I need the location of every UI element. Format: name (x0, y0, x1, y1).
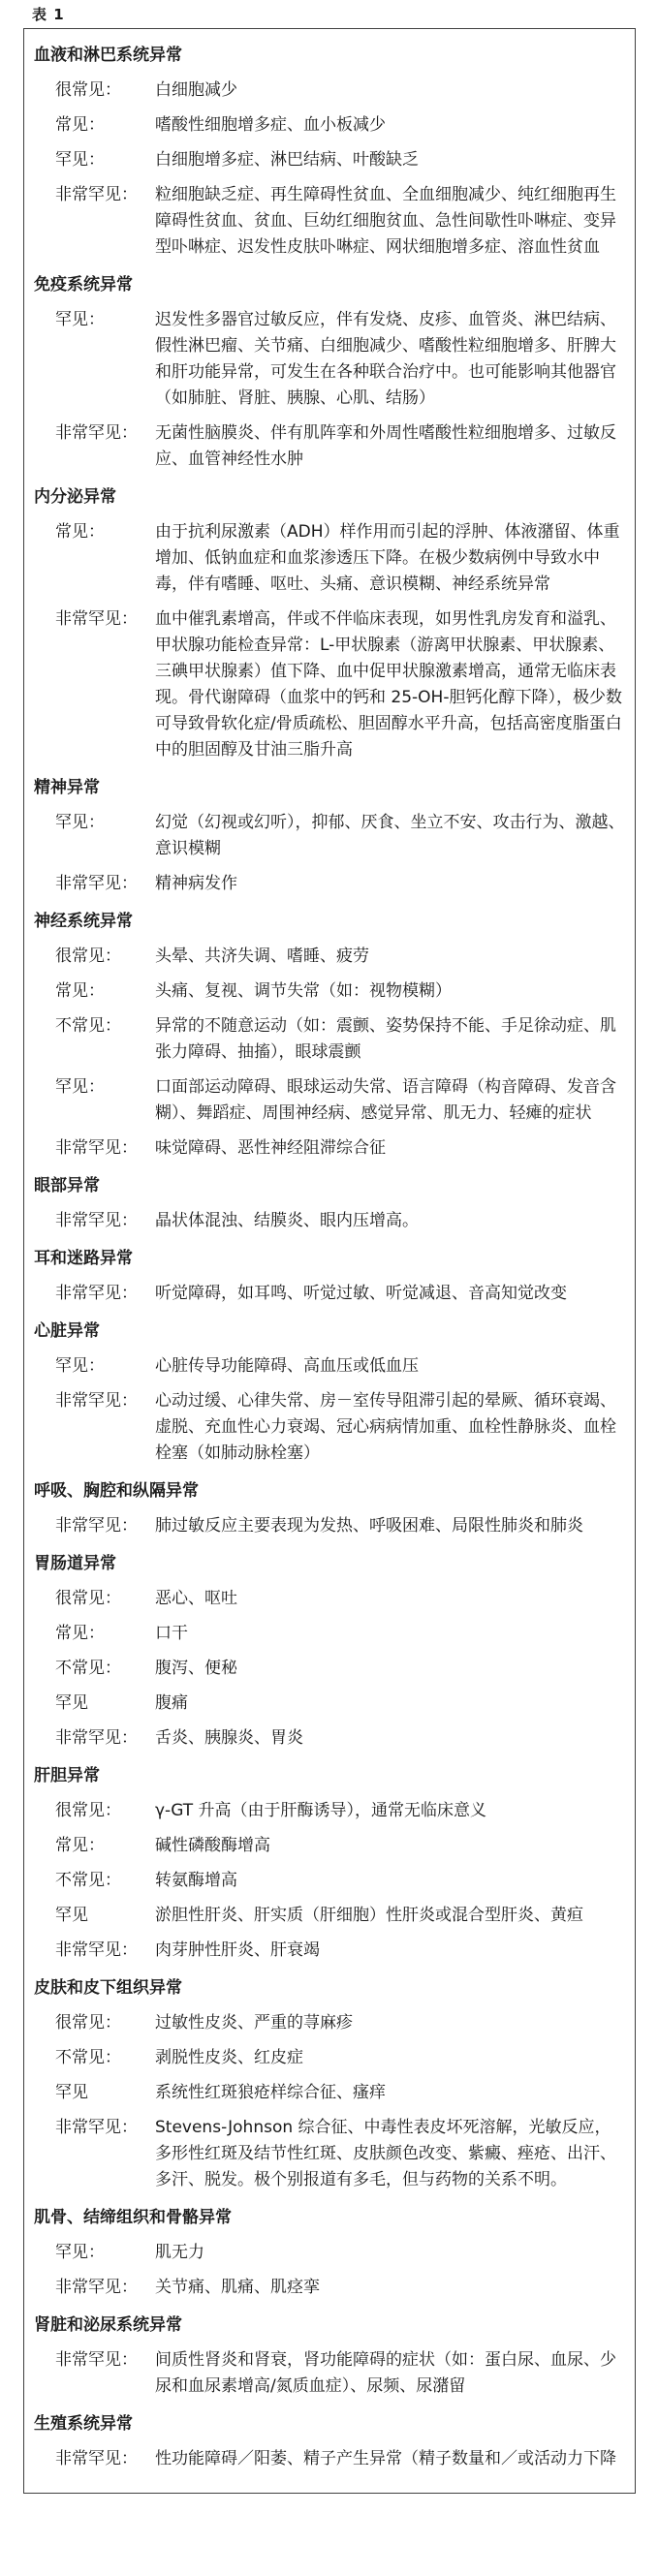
frequency-label: 非常罕见： (55, 1725, 155, 1752)
system-organ-section: 胃肠道异常很常见：恶心、呕吐常见：口干不常见：腹泻、便秘罕见腹痛非常罕见：舌炎、… (24, 1551, 635, 1752)
frequency-row: 常见：口干 (24, 1621, 635, 1647)
frequency-row: 非常罕见：精神病发作 (24, 871, 635, 897)
section-heading: 肝胆异常 (24, 1763, 635, 1789)
section-heading: 精神异常 (24, 775, 635, 801)
frequency-row: 罕见：白细胞增多症、淋巴结病、叶酸缺乏 (24, 147, 635, 173)
system-organ-section: 免疫系统异常罕见：迟发性多器官过敏反应，伴有发烧、皮疹、血管炎、淋巴结病、假性淋… (24, 272, 635, 473)
frequency-label: 不常见： (55, 1656, 155, 1682)
frequency-label: 非常罕见： (55, 606, 155, 633)
frequency-row: 不常见：剥脱性皮炎、红皮症 (24, 2045, 635, 2071)
system-organ-section: 肌骨、结缔组织和骨骼异常罕见：肌无力非常罕见：关节痛、肌痛、肌痉挛 (24, 2205, 635, 2301)
frequency-label: 非常罕见： (55, 1135, 155, 1162)
reaction-description: 心脏传导功能障碍、高血压或低血压 (155, 1353, 627, 1380)
frequency-label: 非常罕见： (55, 871, 155, 897)
frequency-row: 非常罕见：肉芽肿性肝炎、肝衰竭 (24, 1938, 635, 1964)
frequency-label: 非常罕见： (55, 1513, 155, 1539)
reaction-description: 肉芽肿性肝炎、肝衰竭 (155, 1938, 627, 1964)
frequency-row: 非常罕见：舌炎、胰腺炎、胃炎 (24, 1725, 635, 1752)
frequency-label: 罕见 (55, 1903, 155, 1929)
reaction-description: 迟发性多器官过敏反应，伴有发烧、皮疹、血管炎、淋巴结病、假性淋巴瘤、关节痛、白细… (155, 307, 627, 412)
frequency-label: 很常见： (55, 944, 155, 970)
frequency-row: 非常罕见：性功能障碍／阳萎、精子产生异常（精子数量和／或活动力下降 (24, 2446, 635, 2472)
frequency-row: 不常见：腹泻、便秘 (24, 1656, 635, 1682)
frequency-row: 非常罕见：晶状体混浊、结膜炎、眼内压增高。 (24, 1208, 635, 1234)
reaction-description: 肺过敏反应主要表现为发热、呼吸困难、局限性肺炎和肺炎 (155, 1513, 627, 1539)
frequency-label: 很常见： (55, 1586, 155, 1612)
system-organ-section: 精神异常罕见：幻觉（幻视或幻听），抑郁、厌食、坐立不安、攻击行为、激越、意识模糊… (24, 775, 635, 897)
frequency-row: 常见：碱性磷酸酶增高 (24, 1833, 635, 1859)
frequency-row: 罕见腹痛 (24, 1691, 635, 1717)
frequency-row: 常见：头痛、复视、调节失常（如：视物模糊） (24, 978, 635, 1005)
reaction-description: 舌炎、胰腺炎、胃炎 (155, 1725, 627, 1752)
reaction-description: 肌无力 (155, 2240, 627, 2266)
section-heading: 神经系统异常 (24, 909, 635, 935)
section-heading: 耳和迷路异常 (24, 1246, 635, 1272)
reaction-description: γ-GT 升高（由于肝酶诱导），通常无临床意义 (155, 1798, 627, 1824)
frequency-label: 不常见： (55, 2045, 155, 2071)
section-heading: 呼吸、胸腔和纵隔异常 (24, 1478, 635, 1505)
reaction-description: 腹泻、便秘 (155, 1656, 627, 1682)
reaction-description: 白细胞减少 (155, 78, 627, 104)
section-heading: 肾脏和泌尿系统异常 (24, 2312, 635, 2339)
reaction-description: 由于抗利尿激素（ADH）样作用而引起的浮肿、体液潴留、体重增加、低钠血症和血浆渗… (155, 519, 627, 598)
frequency-label: 非常罕见： (55, 2115, 155, 2141)
reaction-description: 头痛、复视、调节失常（如：视物模糊） (155, 978, 627, 1005)
frequency-label: 不常见： (55, 1868, 155, 1894)
frequency-row: 不常见：异常的不随意运动（如：震颤、姿势保持不能、手足徐动症、肌张力障碍、抽搐）… (24, 1013, 635, 1066)
reaction-description: Stevens-Johnson 综合征、中毒性表皮坏死溶解，光敏反应，多形性红斑… (155, 2115, 627, 2193)
frequency-label: 很常见： (55, 78, 155, 104)
reaction-description: 无菌性脑膜炎、伴有肌阵挛和外周性嗜酸性粒细胞增多、过敏反应、血管神经性水肿 (155, 420, 627, 473)
system-organ-section: 内分泌异常常见：由于抗利尿激素（ADH）样作用而引起的浮肿、体液潴留、体重增加、… (24, 484, 635, 763)
frequency-row: 非常罕见：心动过缓、心律失常、房－室传导阻滞引起的晕厥、循环衰竭、虚脱、充血性心… (24, 1388, 635, 1467)
frequency-row: 很常见：恶心、呕吐 (24, 1586, 635, 1612)
section-heading: 生殖系统异常 (24, 2411, 635, 2437)
frequency-label: 常见： (55, 1833, 155, 1859)
system-organ-section: 呼吸、胸腔和纵隔异常非常罕见：肺过敏反应主要表现为发热、呼吸困难、局限性肺炎和肺… (24, 1478, 635, 1539)
reaction-description: 恶心、呕吐 (155, 1586, 627, 1612)
frequency-row: 不常见：转氨酶增高 (24, 1868, 635, 1894)
frequency-row: 罕见：口面部运动障碍、眼球运动失常、语言障碍（构音障碍、发音含糊）、舞蹈症、周围… (24, 1074, 635, 1127)
system-organ-section: 生殖系统异常非常罕见：性功能障碍／阳萎、精子产生异常（精子数量和／或活动力下降 (24, 2411, 635, 2472)
system-organ-section: 神经系统异常很常见：头晕、共济失调、嗜睡、疲劳常见：头痛、复视、调节失常（如：视… (24, 909, 635, 1162)
frequency-label: 非常罕见： (55, 1938, 155, 1964)
frequency-label: 非常罕见： (55, 2275, 155, 2301)
system-organ-section: 心脏异常罕见：心脏传导功能障碍、高血压或低血压非常罕见：心动过缓、心律失常、房－… (24, 1319, 635, 1467)
frequency-row: 非常罕见：间质性肾炎和肾衰，肾功能障碍的症状（如：蛋白尿、血尿、少尿和血尿素增高… (24, 2347, 635, 2400)
frequency-row: 很常见：过敏性皮炎、严重的荨麻疹 (24, 2010, 635, 2036)
system-organ-section: 皮肤和皮下组织异常很常见：过敏性皮炎、严重的荨麻疹不常见：剥脱性皮炎、红皮症罕见… (24, 1975, 635, 2193)
section-heading: 心脏异常 (24, 1319, 635, 1345)
frequency-label: 罕见： (55, 810, 155, 836)
frequency-label: 罕见： (55, 147, 155, 173)
frequency-label: 罕见： (55, 2240, 155, 2266)
frequency-label: 罕见 (55, 1691, 155, 1717)
reaction-description: 头晕、共济失调、嗜睡、疲劳 (155, 944, 627, 970)
reaction-description: 精神病发作 (155, 871, 627, 897)
reaction-description: 血中催乳素增高，伴或不伴临床表现，如男性乳房发育和溢乳、甲状腺功能检查异常：L-… (155, 606, 627, 763)
frequency-row: 罕见：迟发性多器官过敏反应，伴有发烧、皮疹、血管炎、淋巴结病、假性淋巴瘤、关节痛… (24, 307, 635, 412)
table-title: 表 1 (32, 4, 658, 24)
frequency-row: 罕见系统性红斑狼疮样综合征、瘙痒 (24, 2080, 635, 2106)
frequency-label: 常见： (55, 519, 155, 545)
frequency-label: 非常罕见： (55, 1208, 155, 1234)
reaction-description: 白细胞增多症、淋巴结病、叶酸缺乏 (155, 147, 627, 173)
reaction-description: 嗜酸性细胞增多症、血小板减少 (155, 112, 627, 139)
frequency-row: 非常罕见：Stevens-Johnson 综合征、中毒性表皮坏死溶解，光敏反应，… (24, 2115, 635, 2193)
frequency-label: 非常罕见： (55, 1281, 155, 1307)
frequency-label: 很常见： (55, 2010, 155, 2036)
reaction-description: 淤胆性肝炎、肝实质（肝细胞）性肝炎或混合型肝炎、黄疸 (155, 1903, 627, 1929)
frequency-row: 非常罕见：关节痛、肌痛、肌痉挛 (24, 2275, 635, 2301)
section-heading: 免疫系统异常 (24, 272, 635, 298)
section-heading: 眼部异常 (24, 1173, 635, 1199)
frequency-row: 非常罕见：粒细胞缺乏症、再生障碍性贫血、全血细胞减少、纯红细胞再生障碍性贫血、贫… (24, 182, 635, 261)
frequency-label: 罕见： (55, 1074, 155, 1101)
frequency-label: 非常罕见： (55, 2446, 155, 2472)
reaction-description: 间质性肾炎和肾衰，肾功能障碍的症状（如：蛋白尿、血尿、少尿和血尿素增高/氮质血症… (155, 2347, 627, 2400)
frequency-row: 很常见：头晕、共济失调、嗜睡、疲劳 (24, 944, 635, 970)
reaction-description: 转氨酶增高 (155, 1868, 627, 1894)
frequency-label: 罕见： (55, 307, 155, 333)
frequency-label: 常见： (55, 112, 155, 139)
frequency-label: 罕见 (55, 2080, 155, 2106)
frequency-row: 常见：嗜酸性细胞增多症、血小板减少 (24, 112, 635, 139)
reaction-description: 幻觉（幻视或幻听），抑郁、厌食、坐立不安、攻击行为、激越、意识模糊 (155, 810, 627, 862)
reaction-description: 听觉障碍，如耳鸣、听觉过敏、听觉减退、音高知觉改变 (155, 1281, 627, 1307)
system-organ-section: 耳和迷路异常非常罕见：听觉障碍，如耳鸣、听觉过敏、听觉减退、音高知觉改变 (24, 1246, 635, 1307)
reaction-description: 腹痛 (155, 1691, 627, 1717)
system-organ-section: 肾脏和泌尿系统异常非常罕见：间质性肾炎和肾衰，肾功能障碍的症状（如：蛋白尿、血尿… (24, 2312, 635, 2400)
reaction-description: 口干 (155, 1621, 627, 1647)
frequency-row: 罕见淤胆性肝炎、肝实质（肝细胞）性肝炎或混合型肝炎、黄疸 (24, 1903, 635, 1929)
frequency-label: 常见： (55, 978, 155, 1005)
frequency-label: 非常罕见： (55, 182, 155, 208)
frequency-row: 非常罕见：味觉障碍、恶性神经阻滞综合征 (24, 1135, 635, 1162)
system-organ-section: 血液和淋巴系统异常很常见：白细胞减少常见：嗜酸性细胞增多症、血小板减少罕见：白细… (24, 43, 635, 261)
frequency-label: 很常见： (55, 1798, 155, 1824)
adverse-reactions-table: 血液和淋巴系统异常很常见：白细胞减少常见：嗜酸性细胞增多症、血小板减少罕见：白细… (23, 28, 636, 2494)
reaction-description: 碱性磷酸酶增高 (155, 1833, 627, 1859)
frequency-row: 罕见：幻觉（幻视或幻听），抑郁、厌食、坐立不安、攻击行为、激越、意识模糊 (24, 810, 635, 862)
frequency-row: 罕见：心脏传导功能障碍、高血压或低血压 (24, 1353, 635, 1380)
system-organ-section: 眼部异常非常罕见：晶状体混浊、结膜炎、眼内压增高。 (24, 1173, 635, 1234)
reaction-description: 异常的不随意运动（如：震颤、姿势保持不能、手足徐动症、肌张力障碍、抽搐），眼球震… (155, 1013, 627, 1066)
system-organ-section: 肝胆异常很常见：γ-GT 升高（由于肝酶诱导），通常无临床意义常见：碱性磷酸酶增… (24, 1763, 635, 1964)
frequency-row: 罕见：肌无力 (24, 2240, 635, 2266)
frequency-row: 非常罕见：血中催乳素增高，伴或不伴临床表现，如男性乳房发育和溢乳、甲状腺功能检查… (24, 606, 635, 763)
section-heading: 内分泌异常 (24, 484, 635, 511)
section-heading: 皮肤和皮下组织异常 (24, 1975, 635, 2002)
frequency-row: 非常罕见：无菌性脑膜炎、伴有肌阵挛和外周性嗜酸性粒细胞增多、过敏反应、血管神经性… (24, 420, 635, 473)
frequency-row: 常见：由于抗利尿激素（ADH）样作用而引起的浮肿、体液潴留、体重增加、低钠血症和… (24, 519, 635, 598)
section-heading: 血液和淋巴系统异常 (24, 43, 635, 69)
reaction-description: 心动过缓、心律失常、房－室传导阻滞引起的晕厥、循环衰竭、虚脱、充血性心力衰竭、冠… (155, 1388, 627, 1467)
frequency-label: 罕见： (55, 1353, 155, 1380)
frequency-row: 非常罕见：肺过敏反应主要表现为发热、呼吸困难、局限性肺炎和肺炎 (24, 1513, 635, 1539)
reaction-description: 性功能障碍／阳萎、精子产生异常（精子数量和／或活动力下降 (155, 2446, 627, 2472)
reaction-description: 剥脱性皮炎、红皮症 (155, 2045, 627, 2071)
frequency-label: 非常罕见： (55, 2347, 155, 2374)
reaction-description: 粒细胞缺乏症、再生障碍性贫血、全血细胞减少、纯红细胞再生障碍性贫血、贫血、巨幼红… (155, 182, 627, 261)
section-heading: 胃肠道异常 (24, 1551, 635, 1577)
frequency-label: 不常见： (55, 1013, 155, 1040)
reaction-description: 关节痛、肌痛、肌痉挛 (155, 2275, 627, 2301)
frequency-label: 非常罕见： (55, 420, 155, 447)
section-heading: 肌骨、结缔组织和骨骼异常 (24, 2205, 635, 2231)
reaction-description: 过敏性皮炎、严重的荨麻疹 (155, 2010, 627, 2036)
reaction-description: 口面部运动障碍、眼球运动失常、语言障碍（构音障碍、发音含糊）、舞蹈症、周围神经病… (155, 1074, 627, 1127)
frequency-label: 常见： (55, 1621, 155, 1647)
reaction-description: 味觉障碍、恶性神经阻滞综合征 (155, 1135, 627, 1162)
frequency-row: 非常罕见：听觉障碍，如耳鸣、听觉过敏、听觉减退、音高知觉改变 (24, 1281, 635, 1307)
reaction-description: 晶状体混浊、结膜炎、眼内压增高。 (155, 1208, 627, 1234)
reaction-description: 系统性红斑狼疮样综合征、瘙痒 (155, 2080, 627, 2106)
frequency-row: 很常见：γ-GT 升高（由于肝酶诱导），通常无临床意义 (24, 1798, 635, 1824)
frequency-row: 很常见：白细胞减少 (24, 78, 635, 104)
frequency-label: 非常罕见： (55, 1388, 155, 1414)
